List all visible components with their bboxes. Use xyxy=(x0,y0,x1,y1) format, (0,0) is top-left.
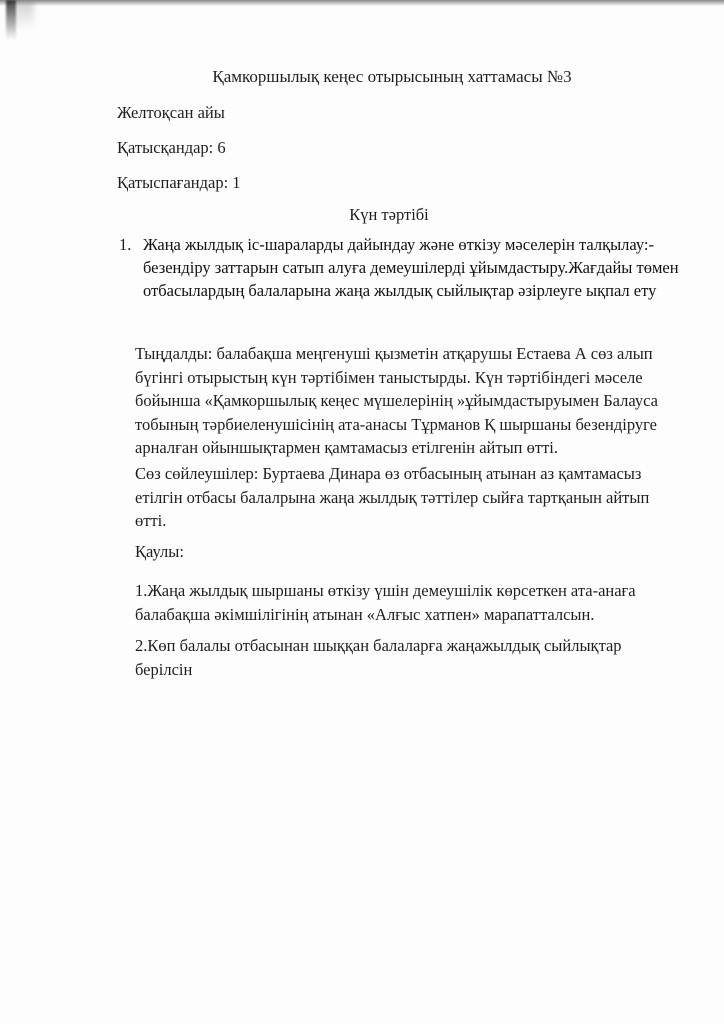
heard-paragraph: Тыңдалды: балабақша меңгенуші қызметін а… xyxy=(135,342,680,460)
decision-item: 2.Көп балалы отбасынан шыққан балаларға … xyxy=(135,634,680,681)
attendees-absent: Қатыспағандар: 1 xyxy=(117,173,241,193)
decision-item: 1.Жаңа жылдық шыршаны өткізу үшін демеуш… xyxy=(135,579,680,626)
decision-label: Қаулы: xyxy=(135,540,680,564)
document-title: Қамкоршылық кеңес отырысының хаттамасы №… xyxy=(0,67,724,87)
agenda-heading: Күн тәртібі xyxy=(0,205,724,225)
meeting-month: Желтоқсан айы xyxy=(117,103,225,123)
agenda-list: 1. Жаңа жылдық іс-шараларды дайындау жән… xyxy=(119,233,679,302)
document-page: Қамкоршылық кеңес отырысының хаттамасы №… xyxy=(0,0,724,1024)
attendees-present: Қатысқандар: 6 xyxy=(117,138,226,158)
speakers-paragraph: Сөз сөйлеушілер: Буртаева Динара өз отба… xyxy=(135,462,680,533)
agenda-item-number: 1. xyxy=(119,233,143,302)
agenda-item: 1. Жаңа жылдық іс-шараларды дайындау жән… xyxy=(119,233,679,302)
agenda-item-text: Жаңа жылдық іс-шараларды дайындау және ө… xyxy=(143,233,679,302)
